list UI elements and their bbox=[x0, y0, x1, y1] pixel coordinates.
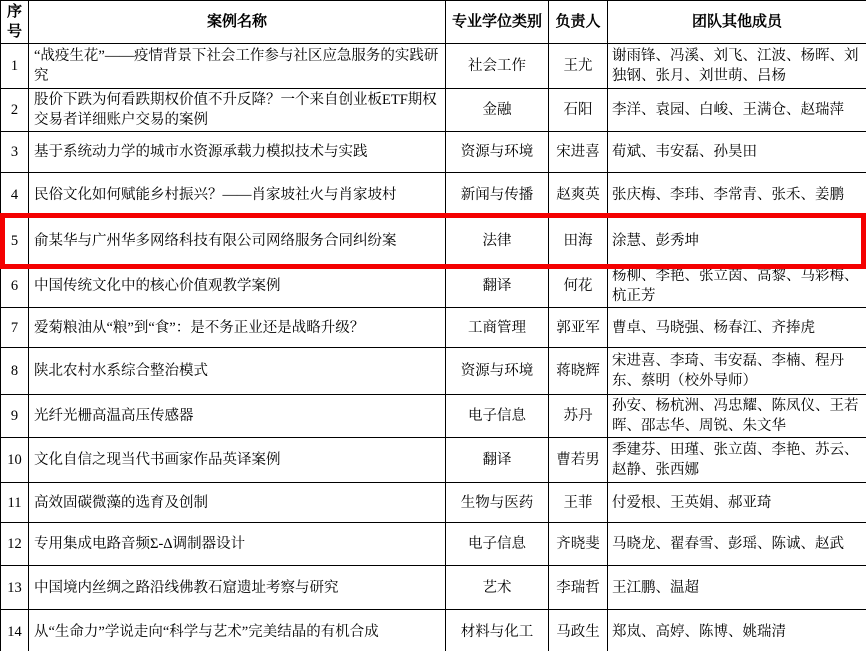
category-cell: 材料与化工 bbox=[446, 610, 549, 651]
leader-cell: 何花 bbox=[549, 265, 608, 308]
members-cell: 谢雨锋、冯溪、刘飞、江波、杨晖、刘独钢、张月、刘世萌、吕杨 bbox=[608, 44, 866, 89]
table-row: 1 “战疫生花”——疫情背景下社会工作参与社区应急服务的实践研究 社会工作 王尤… bbox=[1, 44, 866, 89]
header-category: 专业学位类别 bbox=[446, 1, 549, 44]
case-name-cell: 陕北农村水系综合整治模式 bbox=[29, 348, 446, 395]
leader-cell: 赵爽英 bbox=[549, 173, 608, 217]
case-table-body: 1 “战疫生花”——疫情背景下社会工作参与社区应急服务的实践研究 社会工作 王尤… bbox=[1, 44, 866, 651]
case-name-cell: 股价下跌为何看跌期权价值不升反降？一个来自创业板ETF期权交易者详细账户交易的案… bbox=[29, 89, 446, 132]
case-name-cell: 从“生命力”学说走向“科学与艺术”完美结晶的有机合成 bbox=[29, 610, 446, 651]
leader-cell: 田海 bbox=[549, 217, 608, 265]
table-row: 14 从“生命力”学说走向“科学与艺术”完美结晶的有机合成 材料与化工 马政生 … bbox=[1, 610, 866, 651]
case-name-cell: 文化自信之现当代书画家作品英译案例 bbox=[29, 438, 446, 483]
members-cell: 郑岚、高婷、陈博、姚瑞清 bbox=[608, 610, 866, 651]
row-number-cell: 11 bbox=[1, 483, 29, 523]
leader-cell: 石阳 bbox=[549, 89, 608, 132]
leader-cell: 李瑞哲 bbox=[549, 566, 608, 610]
category-cell: 金融 bbox=[446, 89, 549, 132]
leader-cell: 郭亚军 bbox=[549, 308, 608, 348]
case-table: 序号 案例名称 专业学位类别 负责人 团队其他成员 1 “战疫生花”——疫情背景… bbox=[0, 0, 866, 651]
table-row: 10 文化自信之现当代书画家作品英译案例 翻译 曹若男 季建芬、田瑾、张立茵、李… bbox=[1, 438, 866, 483]
case-name-cell: 爱菊粮油从“粮”到“食”：是不务正业还是战略升级？ bbox=[29, 308, 446, 348]
row-number-cell: 1 bbox=[1, 44, 29, 89]
case-name-cell: 中国境内丝绸之路沿线佛教石窟遗址考察与研究 bbox=[29, 566, 446, 610]
table-row: 8 陕北农村水系综合整治模式 资源与环境 蒋晓辉 宋进喜、李琦、韦安磊、李楠、程… bbox=[1, 348, 866, 395]
members-cell: 荀斌、韦安磊、孙昊田 bbox=[608, 132, 866, 173]
leader-cell: 曹若男 bbox=[549, 438, 608, 483]
category-cell: 社会工作 bbox=[446, 44, 549, 89]
row-number-cell: 3 bbox=[1, 132, 29, 173]
case-name-cell: 光纤光栅高温高压传感器 bbox=[29, 395, 446, 438]
members-cell: 马晓龙、翟春雪、彭瑶、陈诚、赵武 bbox=[608, 523, 866, 566]
category-cell: 艺术 bbox=[446, 566, 549, 610]
row-number-cell: 14 bbox=[1, 610, 29, 651]
header-row: 序号 案例名称 专业学位类别 负责人 团队其他成员 bbox=[1, 1, 866, 44]
category-cell: 资源与环境 bbox=[446, 348, 549, 395]
table-row: 2 股价下跌为何看跌期权价值不升反降？一个来自创业板ETF期权交易者详细账户交易… bbox=[1, 89, 866, 132]
leader-cell: 蒋晓辉 bbox=[549, 348, 608, 395]
row-number-cell: 9 bbox=[1, 395, 29, 438]
table-row: 7 爱菊粮油从“粮”到“食”：是不务正业还是战略升级？ 工商管理 郭亚军 曹卓、… bbox=[1, 308, 866, 348]
header-members: 团队其他成员 bbox=[608, 1, 866, 44]
category-cell: 翻译 bbox=[446, 438, 549, 483]
members-cell: 杨柳、李艳、张立茵、高黎、马彩梅、杭正芳 bbox=[608, 265, 866, 308]
row-number-cell: 7 bbox=[1, 308, 29, 348]
table-row: 6 中国传统文化中的核心价值观教学案例 翻译 何花 杨柳、李艳、张立茵、高黎、马… bbox=[1, 265, 866, 308]
members-cell: 李洋、袁园、白峻、王满仓、赵瑞萍 bbox=[608, 89, 866, 132]
members-cell: 付爱根、王英娟、郝亚琦 bbox=[608, 483, 866, 523]
leader-cell: 齐晓斐 bbox=[549, 523, 608, 566]
row-number-cell: 13 bbox=[1, 566, 29, 610]
table-row: 4 民俗文化如何赋能乡村振兴？——肖家坡社火与肖家坡村 新闻与传播 赵爽英 张庆… bbox=[1, 173, 866, 217]
table-row: 5 俞某华与广州华多网络科技有限公司网络服务合同纠纷案 法律 田海 涂慧、彭秀坤 bbox=[1, 217, 866, 265]
category-cell: 法律 bbox=[446, 217, 549, 265]
case-name-cell: 高效固碳微藻的选育及创制 bbox=[29, 483, 446, 523]
table-row: 12 专用集成电路音频Σ-Δ调制器设计 电子信息 齐晓斐 马晓龙、翟春雪、彭瑶、… bbox=[1, 523, 866, 566]
table-row: 9 光纤光栅高温高压传感器 电子信息 苏丹 孙安、杨杭洲、冯忠耀、陈凤仪、王若晖… bbox=[1, 395, 866, 438]
row-number-cell: 8 bbox=[1, 348, 29, 395]
case-name-cell: 民俗文化如何赋能乡村振兴？——肖家坡社火与肖家坡村 bbox=[29, 173, 446, 217]
header-leader: 负责人 bbox=[549, 1, 608, 44]
members-cell: 曹卓、马晓强、杨春江、齐捧虎 bbox=[608, 308, 866, 348]
case-name-cell: 专用集成电路音频Σ-Δ调制器设计 bbox=[29, 523, 446, 566]
category-cell: 翻译 bbox=[446, 265, 549, 308]
case-name-cell: 俞某华与广州华多网络科技有限公司网络服务合同纠纷案 bbox=[29, 217, 446, 265]
row-number-cell: 2 bbox=[1, 89, 29, 132]
category-cell: 新闻与传播 bbox=[446, 173, 549, 217]
case-name-cell: 基于系统动力学的城市水资源承载力模拟技术与实践 bbox=[29, 132, 446, 173]
table-row: 3 基于系统动力学的城市水资源承载力模拟技术与实践 资源与环境 宋进喜 荀斌、韦… bbox=[1, 132, 866, 173]
page: 序号 案例名称 专业学位类别 负责人 团队其他成员 1 “战疫生花”——疫情背景… bbox=[0, 0, 866, 651]
leader-cell: 王菲 bbox=[549, 483, 608, 523]
row-number-cell: 12 bbox=[1, 523, 29, 566]
category-cell: 生物与医药 bbox=[446, 483, 549, 523]
row-number-cell: 6 bbox=[1, 265, 29, 308]
members-cell: 宋进喜、李琦、韦安磊、李楠、程丹东、蔡明（校外导师） bbox=[608, 348, 866, 395]
row-number-cell: 4 bbox=[1, 173, 29, 217]
case-name-cell: 中国传统文化中的核心价值观教学案例 bbox=[29, 265, 446, 308]
row-number-cell: 10 bbox=[1, 438, 29, 483]
category-cell: 工商管理 bbox=[446, 308, 549, 348]
table-row: 11 高效固碳微藻的选育及创制 生物与医药 王菲 付爱根、王英娟、郝亚琦 bbox=[1, 483, 866, 523]
members-cell: 王江鹏、温超 bbox=[608, 566, 866, 610]
members-cell: 季建芬、田瑾、张立茵、李艳、苏云、赵静、张西娜 bbox=[608, 438, 866, 483]
members-cell: 涂慧、彭秀坤 bbox=[608, 217, 866, 265]
members-cell: 孙安、杨杭洲、冯忠耀、陈凤仪、王若晖、邵志华、周锐、朱文华 bbox=[608, 395, 866, 438]
header-no: 序号 bbox=[1, 1, 29, 44]
leader-cell: 苏丹 bbox=[549, 395, 608, 438]
leader-cell: 马政生 bbox=[549, 610, 608, 651]
category-cell: 电子信息 bbox=[446, 395, 549, 438]
header-name: 案例名称 bbox=[29, 1, 446, 44]
row-number-cell: 5 bbox=[1, 217, 29, 265]
category-cell: 资源与环境 bbox=[446, 132, 549, 173]
leader-cell: 王尤 bbox=[549, 44, 608, 89]
category-cell: 电子信息 bbox=[446, 523, 549, 566]
leader-cell: 宋进喜 bbox=[549, 132, 608, 173]
members-cell: 张庆梅、李玮、李常青、张禾、姜鹏 bbox=[608, 173, 866, 217]
case-name-cell: “战疫生花”——疫情背景下社会工作参与社区应急服务的实践研究 bbox=[29, 44, 446, 89]
table-row: 13 中国境内丝绸之路沿线佛教石窟遗址考察与研究 艺术 李瑞哲 王江鹏、温超 bbox=[1, 566, 866, 610]
